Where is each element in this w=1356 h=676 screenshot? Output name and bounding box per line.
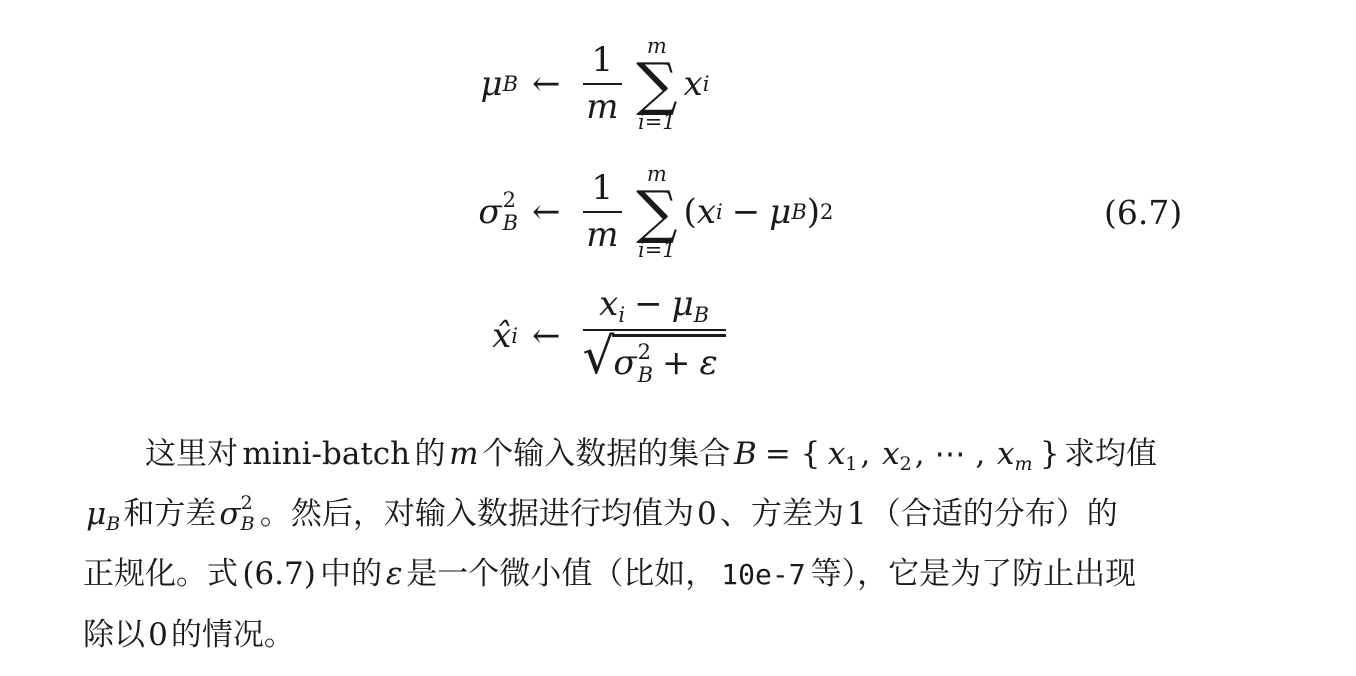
fraction-denominator: √ σ2B+ε — [583, 331, 726, 386]
sum-lower-limit: i=1 — [638, 238, 676, 262]
sum-symbol: ∑ — [636, 186, 677, 238]
cn-text: 是一个微小值（比如， — [406, 556, 716, 591]
left-arrow-icon: ← — [532, 192, 561, 232]
cn-text: （合适的分布）的 — [870, 496, 1118, 531]
digit-1: 1 — [847, 496, 867, 532]
book-page: μB ← 1 m m ∑ i=1 xi σ2B ← 1 m m ∑ i=1 (x… — [0, 0, 1356, 676]
radical-icon: √ — [583, 331, 615, 381]
math-subscript-m: m — [1014, 453, 1032, 475]
digit-0: 0 — [697, 496, 717, 532]
math-symbol-mu: μ — [86, 496, 106, 532]
math-subscript-B: B — [638, 364, 653, 387]
math-subscript-i: i — [618, 303, 625, 327]
paragraph-line-4: 除以0的情况。 — [83, 605, 1203, 665]
sum-symbol: ∑ — [636, 58, 677, 110]
sup-sub-stack: 2B — [503, 189, 518, 234]
latin-text: mini-batch — [242, 436, 410, 472]
left-arrow-icon: ← — [532, 64, 561, 104]
equation-lhs-xhat: x̂i — [438, 316, 518, 356]
math-var: σ2B — [219, 496, 256, 532]
math-var: x2 — [882, 436, 912, 472]
cn-text: 中的 — [320, 556, 382, 591]
normalize-fraction: xi−μB √ σ2B+ε — [583, 285, 726, 386]
math-symbol-sigma: σ — [613, 344, 636, 383]
open-paren: ( — [684, 192, 697, 232]
fraction-numerator: 1 — [583, 41, 623, 85]
cn-text: 等），它是为了防止出现 — [811, 556, 1137, 591]
equals-brace: = { — [765, 436, 821, 472]
square-root: √ σ2B+ε — [583, 334, 726, 386]
cn-text: 、方差为 — [720, 496, 844, 531]
math-symbol-x: x — [828, 436, 845, 472]
sup-sub-stack: 2B — [241, 493, 255, 534]
math-subscript-i: i — [703, 74, 710, 95]
close-paren: ) — [807, 192, 820, 232]
sum-term: (xi−μB)2 — [684, 192, 834, 232]
cn-text: 的情况。 — [171, 617, 295, 652]
math-symbol-mu: μ — [672, 284, 694, 324]
digit-0: 0 — [148, 617, 168, 653]
minus-operator: − — [634, 284, 663, 324]
math-symbol-x: x — [599, 284, 618, 324]
sup-sub-stack: 2B — [638, 341, 653, 386]
equation-mean: μB ← 1 m m ∑ i=1 xi — [438, 28, 709, 140]
math-var: μB — [86, 496, 120, 532]
equation-lhs-mu: μB — [438, 64, 518, 104]
sum-lower-limit: i=1 — [638, 110, 676, 134]
code-literal: 10e-7 — [721, 558, 805, 591]
math-symbol-B: B — [734, 436, 757, 472]
math-superscript-2: 2 — [503, 189, 518, 212]
math-symbol-xhat: x̂ — [492, 316, 511, 356]
math-symbol-mu: μ — [480, 64, 502, 104]
math-symbol-mu: μ — [769, 192, 791, 232]
equation-number: (6.7) — [1104, 193, 1182, 232]
math-symbol-x: x — [882, 436, 899, 472]
math-subscript-1: 1 — [845, 453, 857, 475]
radicand: σ2B+ε — [612, 334, 725, 386]
math-var: x1 — [828, 436, 858, 472]
math-subscript-B: B — [694, 303, 709, 327]
cn-text: 求均值 — [1064, 436, 1157, 471]
math-subscript-B: B — [503, 74, 518, 95]
left-arrow-icon: ← — [532, 316, 561, 356]
fraction-denominator: m — [583, 213, 623, 255]
math-symbol-x: x — [684, 64, 703, 104]
fraction-denominator: m — [583, 85, 623, 127]
cn-text: 除以 — [83, 617, 145, 652]
math-symbol-x: x — [697, 192, 716, 232]
ellipsis: , ⋯ , — [915, 436, 985, 472]
cn-text: 正规化。式 — [83, 556, 238, 591]
math-superscript-2: 2 — [638, 341, 653, 364]
math-symbol-sigma: σ — [478, 192, 501, 232]
body-paragraph: 这里对mini-batch的m个输入数据的集合B= {x1,x2, ⋯ ,xm}… — [83, 424, 1203, 665]
fraction-one-over-m: 1 m — [583, 169, 623, 255]
equation-lhs-sigma: σ2B — [438, 189, 518, 234]
math-symbol-x: x — [997, 436, 1014, 472]
math-superscript-2: 2 — [820, 202, 833, 223]
math-subscript-B: B — [503, 212, 518, 235]
cn-text: 个输入数据的集合 — [482, 436, 730, 471]
math-subscript-B: B — [791, 202, 806, 223]
math-subscript-2: 2 — [900, 453, 912, 475]
math-symbol-epsilon: ε — [700, 344, 718, 383]
math-subscript-i: i — [716, 202, 723, 223]
minus-operator: − — [732, 192, 761, 232]
math-subscript-B: B — [241, 514, 255, 535]
fraction-numerator: xi−μB — [583, 285, 726, 331]
fraction-one-over-m: 1 m — [583, 41, 623, 127]
paragraph-line-2: μB和方差σ2B。然后，对输入数据进行均值为0、方差为1（合适的分布）的 — [83, 484, 1203, 544]
cn-text: 和方差 — [123, 496, 216, 531]
plus-operator: + — [662, 344, 691, 383]
summation: m ∑ i=1 — [636, 34, 677, 134]
math-symbol-sigma: σ — [219, 496, 240, 532]
math-superscript-2: 2 — [241, 493, 255, 514]
equation-normalize: x̂i ← xi−μB √ σ2B+ε — [438, 282, 734, 390]
summation: m ∑ i=1 — [636, 162, 677, 262]
cn-text: 的 — [414, 436, 445, 471]
comma: , — [860, 436, 870, 472]
paragraph-line-3: 正规化。式(6.7)中的ε是一个微小值（比如，10e-7等），它是为了防止出现 — [83, 544, 1203, 605]
math-var: xm — [997, 436, 1033, 472]
fraction-numerator: 1 — [583, 169, 623, 213]
paragraph-line-1: 这里对mini-batch的m个输入数据的集合B= {x1,x2, ⋯ ,xm}… — [83, 424, 1203, 484]
math-subscript-i: i — [511, 326, 518, 347]
math-subscript-B: B — [106, 513, 120, 535]
math-symbol-m: m — [449, 436, 478, 472]
cn-text: 。然后，对输入数据进行均值为 — [260, 496, 694, 531]
equation-variance: σ2B ← 1 m m ∑ i=1 (xi−μB)2 — [438, 152, 833, 272]
cn-text: 这里对 — [145, 436, 238, 471]
close-brace: } — [1040, 436, 1060, 472]
sum-term: xi — [684, 64, 710, 104]
equation-ref: (6.7) — [242, 556, 316, 592]
math-symbol-epsilon: ε — [386, 556, 403, 592]
